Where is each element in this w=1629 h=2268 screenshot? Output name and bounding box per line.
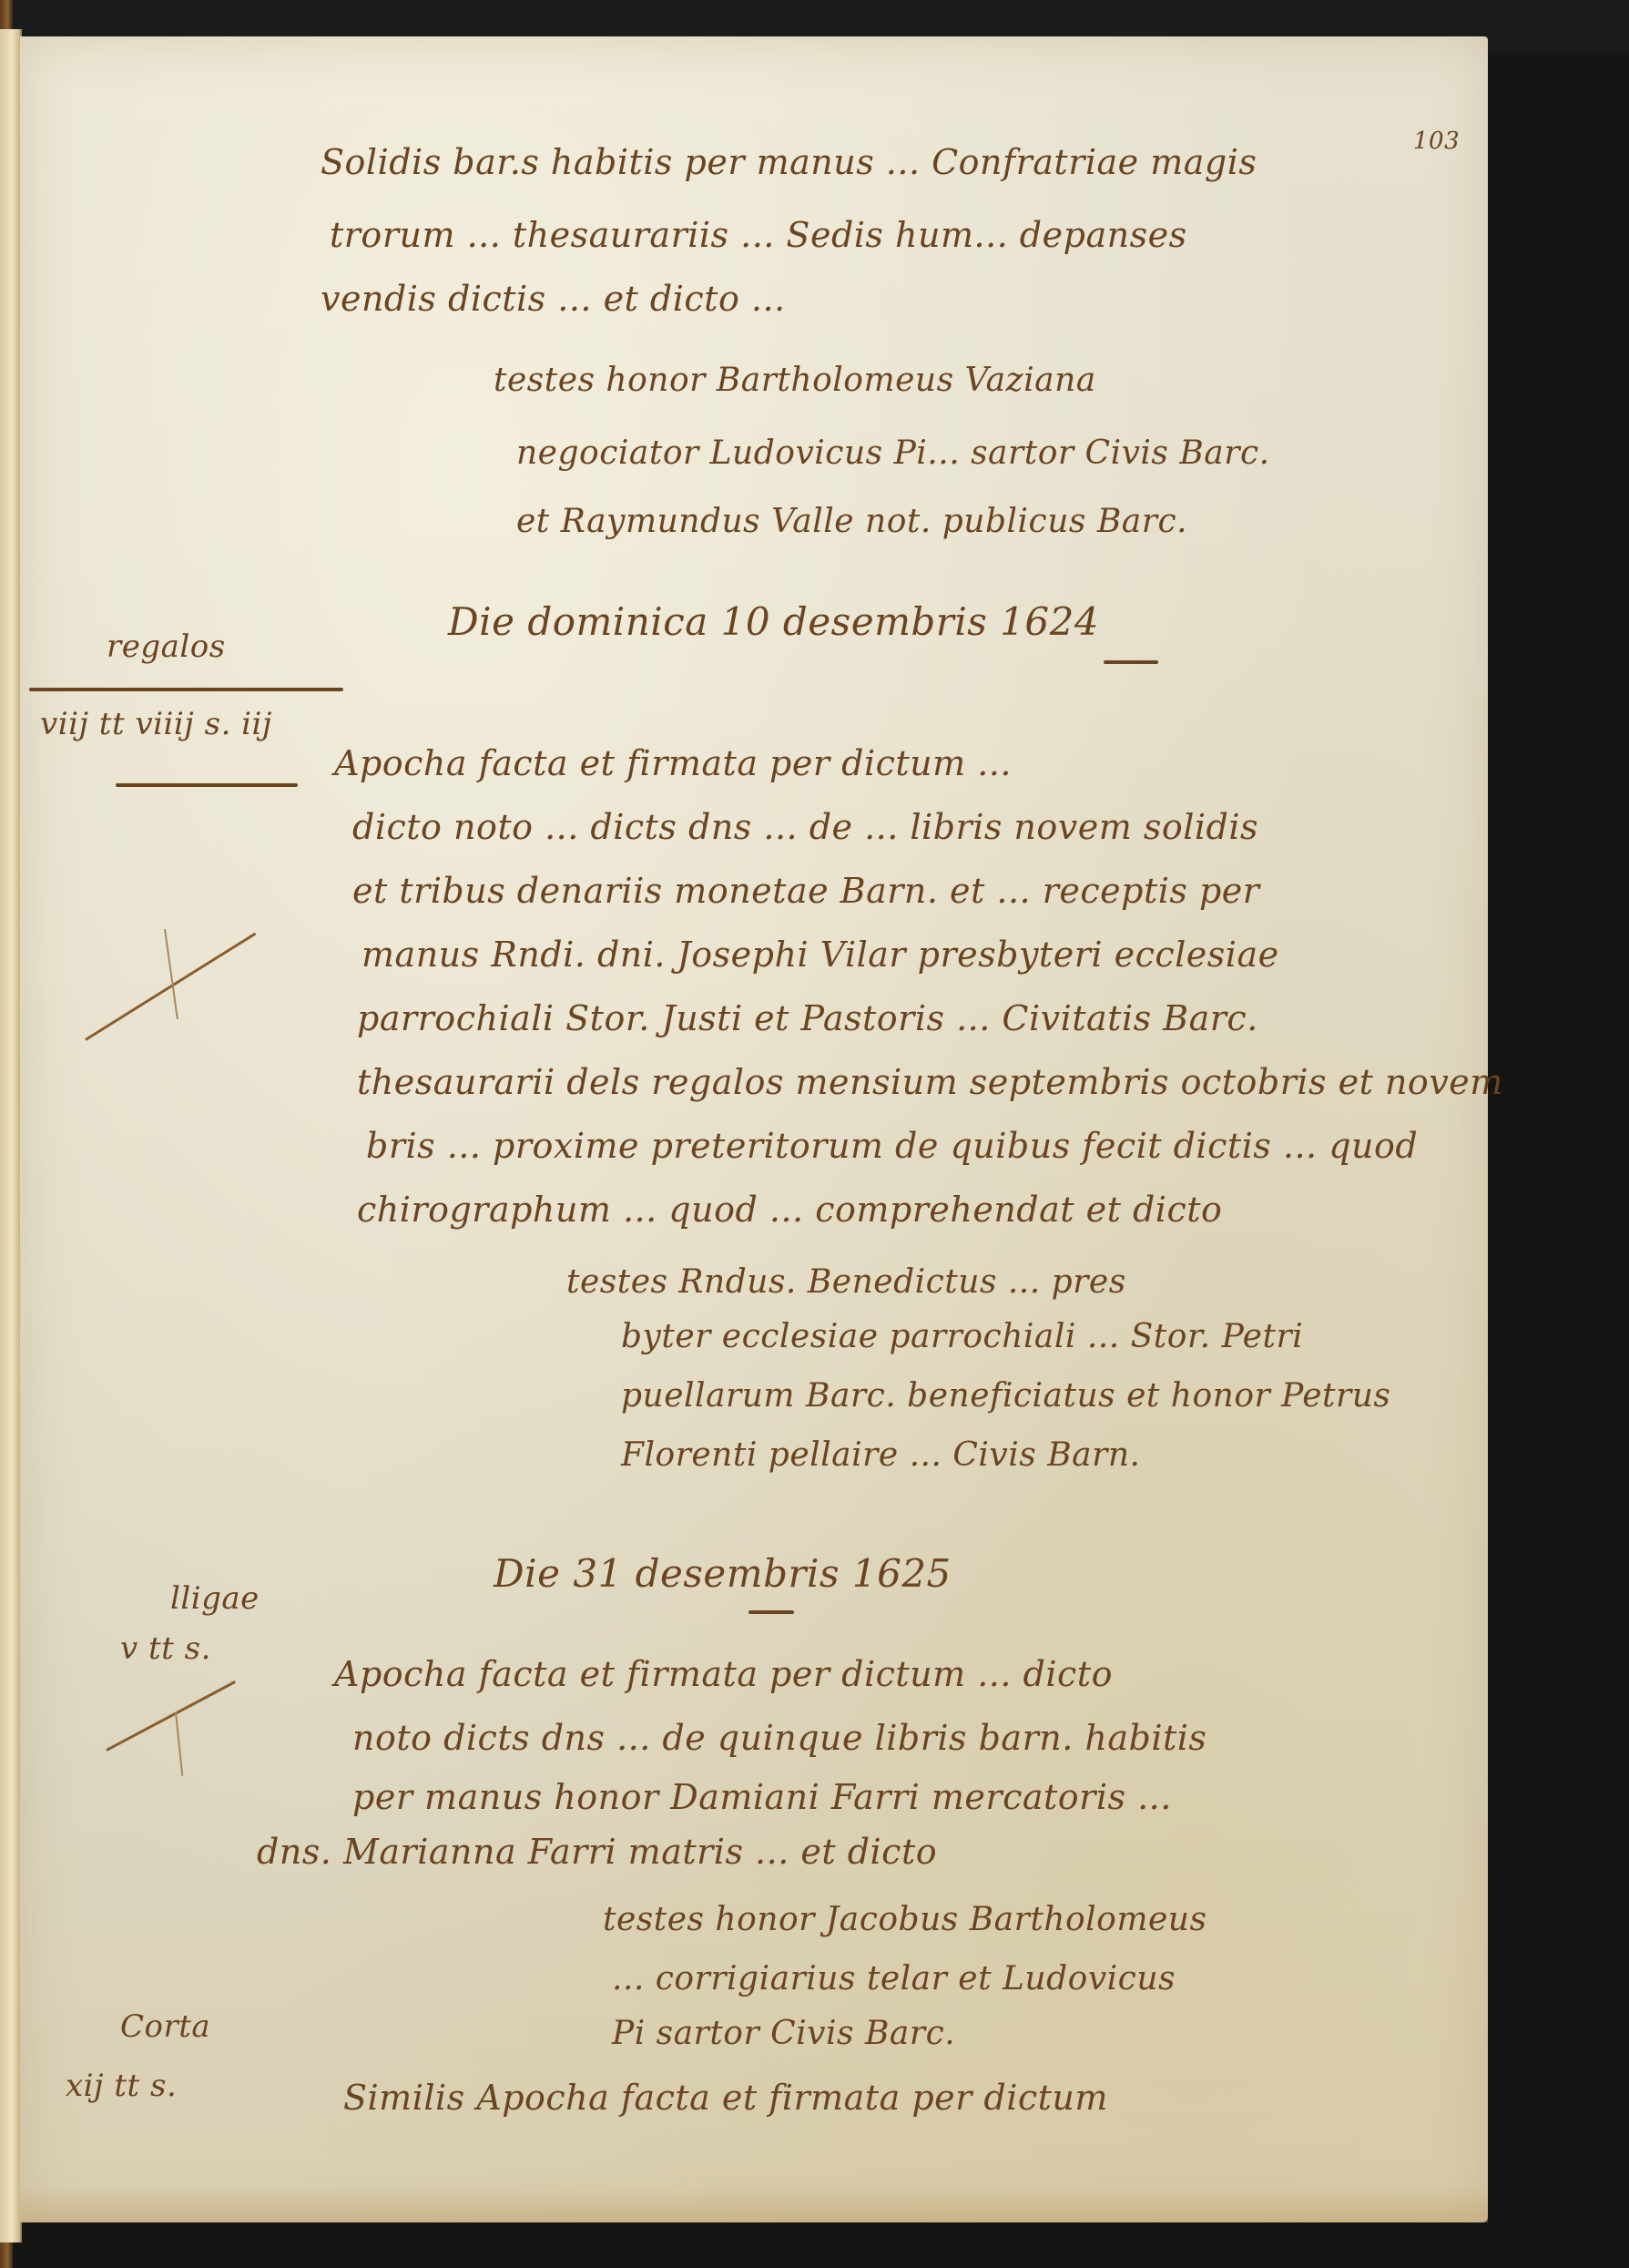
margin-amount: xij tt s.	[66, 2068, 177, 2104]
cross-mark	[175, 1712, 183, 1776]
witness-line: testes honor Jacobus Bartholomeus	[603, 1899, 1206, 1941]
witness-line: ... corrigiarius telar et Ludovicus	[612, 1958, 1176, 2000]
text-line: vendis dictis ... et dicto ...	[321, 278, 786, 320]
margin-rule	[29, 688, 343, 691]
folio-number: 103	[1413, 128, 1460, 155]
text-line: dns. Marianna Farri matris ... et dicto	[257, 1831, 937, 1873]
manuscript-page: 103 Solidis bar.s habitis per manus ... …	[20, 36, 1488, 2222]
text-line: Similis Apocha facta et firmata per dict…	[343, 2077, 1108, 2119]
text-line: per manus honor Damiani Farri mercatoris…	[352, 1776, 1172, 1818]
margin-amount: v tt s.	[120, 1630, 211, 1667]
witness-line: testes Rndus. Benedictus ... pres	[566, 1262, 1126, 1303]
text-line: manus Rndi. dni. Josephi Vilar presbyter…	[361, 934, 1279, 976]
text-line: dicto noto ... dicts dns ... de ... libr…	[352, 806, 1258, 848]
witness-line: byter ecclesiae parrochiali ... Stor. Pe…	[621, 1316, 1303, 1358]
cross-mark	[164, 929, 178, 1019]
text-line: Solidis bar.s habitis per manus ... Conf…	[321, 141, 1257, 183]
text-line: Apocha facta et firmata per dictum ...	[334, 742, 1012, 784]
entry-date: Die 31 desembris 1625	[494, 1553, 952, 1595]
cross-mark	[85, 933, 256, 1041]
text-line: noto dicts dns ... de quinque libris bar…	[352, 1717, 1206, 1759]
margin-amount: viij tt viiij s. iij	[40, 706, 272, 742]
text-line: et tribus denariis monetae Barn. et ... …	[352, 870, 1259, 912]
text-line: thesaurarii dels regalos mensium septemb…	[357, 1061, 1503, 1103]
witness-line: testes honor Bartholomeus Vaziana	[494, 360, 1096, 402]
margin-label: regalos	[107, 628, 226, 665]
date-underline	[748, 1610, 794, 1614]
witness-line: Pi sartor Civis Barc.	[612, 2013, 955, 2055]
cross-mark	[106, 1681, 236, 1752]
text-line: bris ... proxime preteritorum de quibus …	[366, 1125, 1418, 1167]
date-underline	[1104, 660, 1158, 664]
text-line: trorum ... thesaurariis ... Sedis hum...…	[330, 214, 1187, 256]
text-line: Apocha facta et firmata per dictum ... d…	[334, 1653, 1113, 1695]
margin-label: lligae	[170, 1580, 260, 1617]
previous-leaf-edge	[0, 29, 22, 2242]
witness-line: puellarum Barc. beneficiatus et honor Pe…	[621, 1375, 1390, 1417]
entry-date: Die dominica 10 desembris 1624	[448, 601, 1099, 643]
witness-line: et Raymundus Valle not. publicus Barc.	[516, 501, 1187, 543]
margin-rule	[116, 783, 298, 787]
text-line: parrochiali Stor. Justi et Pastoris ... …	[357, 997, 1258, 1039]
text-line: chirographum ... quod ... comprehendat e…	[357, 1189, 1222, 1231]
margin-label: Corta	[120, 2008, 210, 2045]
witness-line: negociator Ludovicus Pi... sartor Civis …	[516, 433, 1270, 475]
witness-line: Florenti pellaire ... Civis Barn.	[621, 1435, 1140, 1476]
